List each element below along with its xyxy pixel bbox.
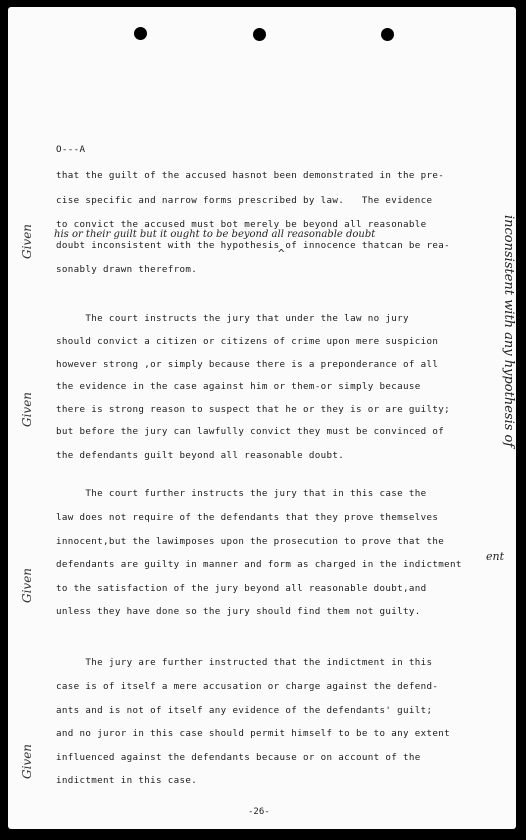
text-line: should convict a citizen or citizens of … <box>56 336 438 347</box>
text-line: there is strong reason to suspect that h… <box>56 404 450 415</box>
text-line: the evidence in the case against him or … <box>56 381 421 392</box>
left-margin-mark: Given <box>20 744 34 779</box>
document-page: O---A that the guilt of the accused hasn… <box>8 7 516 829</box>
text-line: case is of itself a mere accusation or c… <box>56 681 438 692</box>
text-line: but before the jury can lawfully convict… <box>56 426 444 437</box>
right-margin-note: inconsistent with any hypothesis of <box>501 215 516 447</box>
punch-hole <box>134 27 147 40</box>
text-line: influenced against the defendants becaus… <box>56 752 421 763</box>
text-line: that the guilt of the accused hasnot bee… <box>56 170 444 181</box>
text-line: The jury are further instructed that the… <box>56 657 432 668</box>
text-line: doubt inconsistent with the hypothesis o… <box>56 240 450 251</box>
text-line: indictment in this case. <box>56 775 197 786</box>
left-margin-mark: Given <box>20 568 34 603</box>
left-margin-mark: Given <box>20 392 34 427</box>
insertion-caret: ^ <box>278 247 285 260</box>
page-number: -26- <box>248 807 270 817</box>
text-line: defendants are guilty in manner and form… <box>56 559 462 570</box>
text-line: ants and is not of itself any evidence o… <box>56 705 432 716</box>
text-line: cise specific and narrow forms prescribe… <box>56 195 432 206</box>
text-line: The court further instructs the jury tha… <box>56 488 427 499</box>
text-line: the defendants guilt beyond all reasonab… <box>56 450 344 461</box>
text-line: sonably drawn therefrom. <box>56 264 197 275</box>
text-line: innocent,but the lawimposes upon the pro… <box>56 536 444 547</box>
text-line: to the satisfaction of the jury beyond a… <box>56 583 427 594</box>
left-margin-mark: Given <box>20 224 34 259</box>
margin-flourish: ent <box>486 551 504 562</box>
text-line: and no juror in this case should permit … <box>56 728 450 739</box>
text-line: unless they have done so the jury should… <box>56 606 421 617</box>
handwritten-insertion: his or their guilt but it ought to be be… <box>54 229 375 240</box>
text-line: law does not require of the defendants t… <box>56 512 438 523</box>
page-header: O---A <box>56 144 85 155</box>
text-line: however strong ,or simply because there … <box>56 359 438 370</box>
text-line: The court instructs the jury that under … <box>56 313 409 324</box>
punch-hole <box>253 28 266 41</box>
punch-hole <box>381 28 394 41</box>
